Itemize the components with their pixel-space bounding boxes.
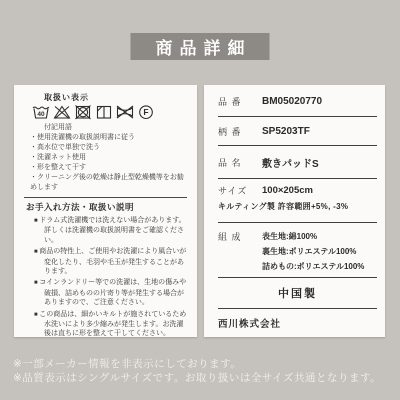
- spec-value: 西川株式会社: [218, 316, 281, 330]
- spec-label: 柄 番: [218, 125, 262, 138]
- care-label-heading: 取扱い表示: [44, 92, 189, 103]
- spec-label: 組 成: [218, 229, 262, 277]
- appended-terms-heading: 付記用語: [44, 122, 189, 132]
- svg-text:F: F: [143, 107, 148, 117]
- spec-row-composition: 組 成 表生地:綿100% 裏生地:ポリエステル100% 詰めもの:ポリエステル…: [218, 223, 377, 278]
- shade-hang-dry-icon: [95, 104, 113, 120]
- care-note: ・高水位で単独で洗う: [30, 143, 189, 153]
- care-instruction-item: 商品の特性上、ご使用やお洗濯により風合いが変化したり、毛羽や毛玉が発生することが…: [34, 247, 189, 276]
- spec-table-card: 品 番 BM05020770 柄 番 SP5203TF 品 名 敷きパッドS サ…: [204, 85, 385, 337]
- care-label-card: 取扱い表示 40 F 付記用語 ・使用洗濯機の取扱: [14, 85, 197, 337]
- care-note: ・使用洗濯機の取扱説明書に従う: [30, 133, 189, 143]
- care-instructions-heading: お手入れ方法・取扱い説明: [26, 201, 189, 213]
- spec-label: サイズ: [218, 184, 262, 197]
- spec-row-size: サイズ 100×205cm キルティング製 許容範囲+5%, -3%: [218, 179, 377, 223]
- spec-row-country-of-origin: 中国製: [218, 278, 377, 309]
- laundry-symbols-row: 40 F: [32, 104, 189, 120]
- care-instruction-item: ドラム式洗濯機では洗えない場合があります。詳しくは洗濯機の取扱説明書をご確認くだ…: [34, 216, 189, 245]
- spec-value: 100×205cm: [262, 185, 313, 196]
- no-bleach-icon: [53, 104, 71, 120]
- svg-text:40: 40: [37, 111, 45, 118]
- care-instruction-item: この商品は、細かいキルトが施されているため水洗いにより多少縮みが発生します。お洗…: [34, 310, 189, 337]
- spec-row-product-name: 品 名 敷きパッドS: [218, 146, 377, 179]
- wash-40-icon: 40: [32, 104, 50, 120]
- spec-value: BM05020770: [262, 96, 322, 107]
- footnote: ※一部メーカー情報を非表示にしております。: [13, 357, 241, 371]
- spec-label: 品 番: [218, 95, 262, 108]
- page-title: 商品詳細: [131, 33, 270, 60]
- spec-row-manufacturer: 西川株式会社: [218, 309, 377, 336]
- composition-line: 裏生地:ポリエステル100%: [262, 244, 364, 259]
- care-note: ・形を整えて干す: [30, 163, 189, 173]
- spec-value: 敷きパッドS: [262, 155, 319, 170]
- composition-line: 表生地:綿100%: [262, 229, 364, 244]
- spec-label: 品 名: [218, 156, 262, 169]
- care-instruction-item: コインランドリー等での洗濯は、生地の傷みや破損、詰めものの片寄り等が発生する場合…: [34, 278, 189, 307]
- section-divider: [24, 197, 187, 198]
- spec-row-pattern-number: 柄 番 SP5203TF: [218, 117, 377, 146]
- composition-line: 詰めもの:ポリエステル100%: [262, 259, 364, 274]
- footnote: ※品質表示はシングルサイズです。お取り扱いは全サイズ共通となります。: [13, 371, 381, 385]
- spec-value: 中国製: [278, 285, 317, 301]
- spec-size-tolerance-note: キルティング製 許容範囲+5%, -3%: [218, 201, 377, 212]
- no-wring-icon: [116, 104, 134, 120]
- dry-clean-f-icon: F: [137, 104, 155, 120]
- care-note: ・洗濯ネット使用: [30, 153, 189, 163]
- care-note: ・クリーニング後の乾燥は静止型乾燥機等をお勧めします: [30, 173, 189, 193]
- no-tumble-dry-icon: [74, 104, 92, 120]
- spec-row-item-number: 品 番 BM05020770: [218, 86, 377, 117]
- spec-value: SP5203TF: [262, 126, 310, 137]
